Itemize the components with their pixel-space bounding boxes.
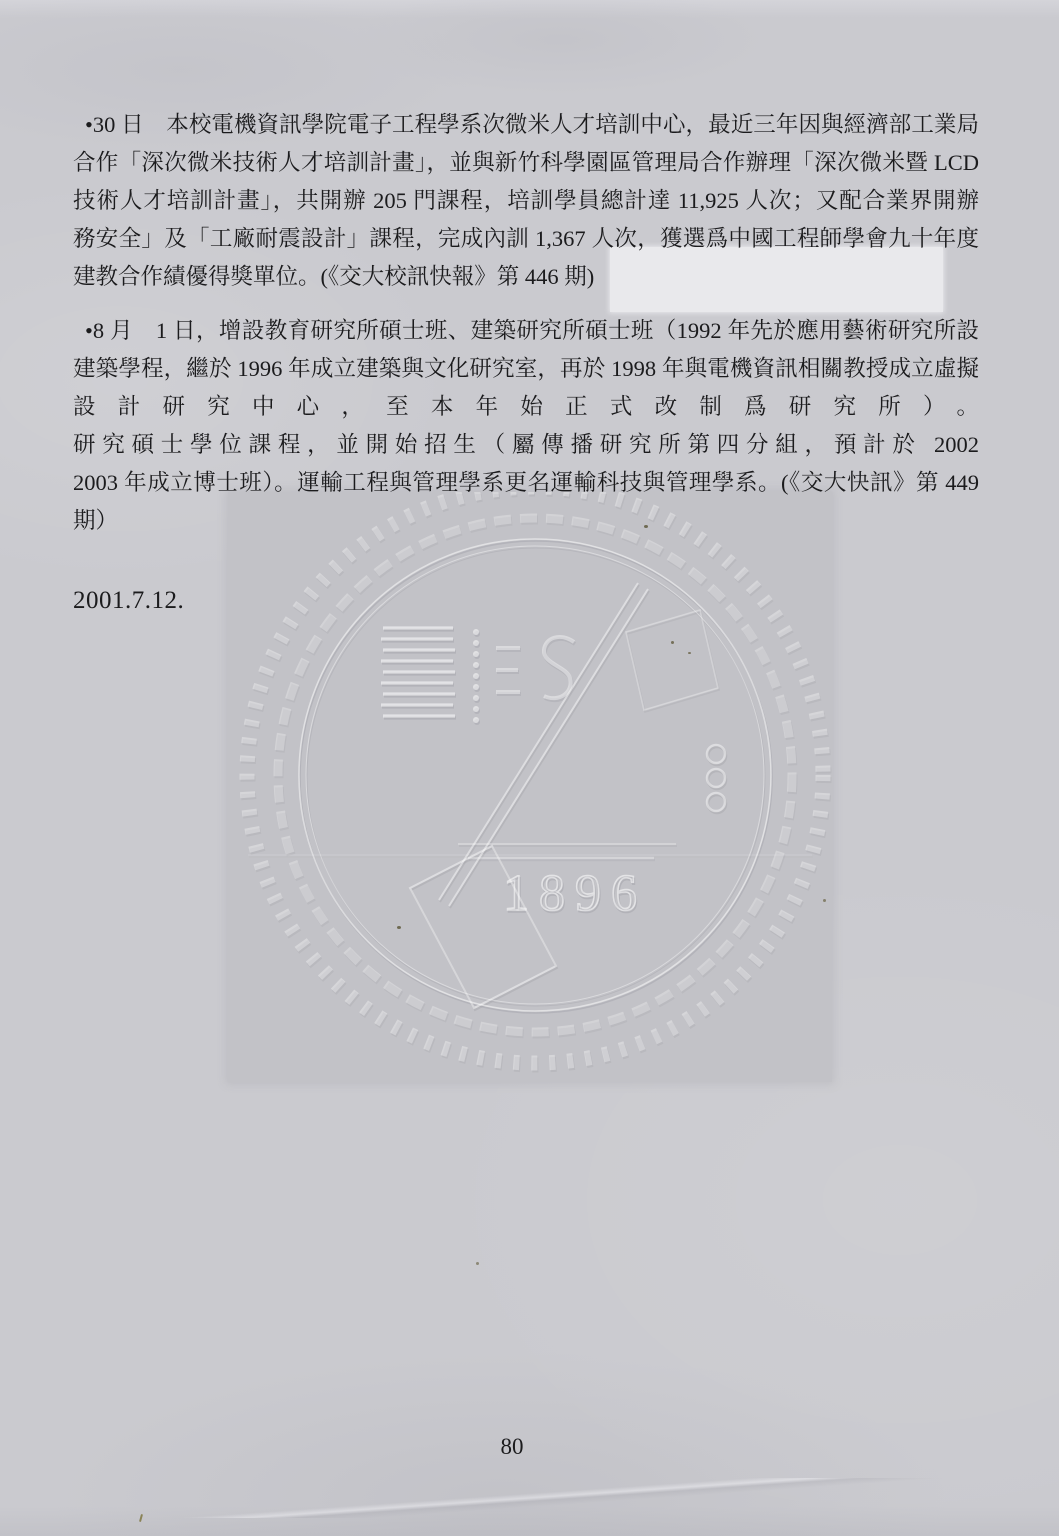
embossed-seal-watermark: 1896 — [228, 492, 832, 1082]
scan-speck — [476, 1262, 479, 1265]
paragraph-line: 合作「深次微米技術人才培訓計畫」，並與新竹科學園區管理局合作辦理「深次微米暨 L… — [73, 144, 979, 182]
seal-year-label: 1896 — [503, 865, 647, 922]
paragraph-line: •8 月 1 日，增設教育研究所碩士班、建築研究所碩士班（1992 年先於應用藝… — [73, 312, 979, 350]
paragraph-line: 建教合作績優得獎單位。(《交大校訊快報》第 446 期) — [73, 258, 979, 296]
chronicle-entry-aug1: •8 月 1 日，增設教育研究所碩士班、建築研究所碩士班（1992 年先於應用藝… — [73, 312, 979, 540]
paragraph-line: 務安全」及「工廠耐震設計」課程，完成內訓 1,367 人次，獲選爲中國工程師學會… — [73, 220, 979, 258]
paragraph-line: 設計研究中心，至本年始正式改制爲研究所）。人文社會學院於傳播研究所增設文化社會政… — [73, 388, 979, 426]
paragraph-line: 期） — [73, 502, 979, 540]
page-number: 80 — [0, 1430, 1024, 1464]
paragraph-line: 2003 年成立博士班）。運輸工程與管理學系更名運輸科技與管理學系。(《交大快訊… — [73, 464, 979, 502]
paragraph-line: 建築學程，繼於 1996 年成立建築與文化研究室，再於 1998 年與電機資訊相… — [73, 350, 979, 388]
chronicle-entry-jun30: •30 日 本校電機資訊學院電子工程學系次微米人才培訓中心，最近三年因與經濟部工… — [73, 106, 979, 296]
university-seal-icon: 1896 — [228, 492, 832, 1082]
paragraph-line: 研究碩士學位課程，並開始招生（屬傳播研究所第四分組，預計於 2002 年正式成立… — [73, 426, 979, 464]
scan-speck — [139, 1514, 143, 1522]
paragraph-line: •30 日 本校電機資訊學院電子工程學系次微米人才培訓中心，最近三年因與經濟部工… — [73, 106, 979, 144]
paragraph-line: 技術人才培訓計畫」，共開辦 205 門課程，培訓學員總計達 11,925 人次；… — [73, 182, 979, 220]
paper-crease — [0, 1478, 1059, 1518]
date-stamp: 2001.7.12. — [73, 582, 184, 620]
